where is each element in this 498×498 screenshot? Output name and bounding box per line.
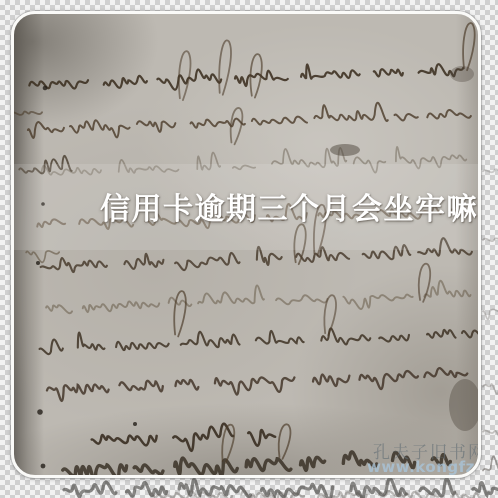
flourish-stroke (173, 291, 187, 337)
right-strip-fragment (483, 238, 498, 241)
manuscript-line (14, 110, 42, 115)
right-strip-fragment (483, 456, 498, 470)
ink-smudge (330, 144, 360, 156)
parchment-hole (36, 261, 40, 265)
flourish-stroke (218, 40, 233, 95)
manuscript-line (91, 422, 275, 454)
parchment-hole (37, 409, 43, 415)
parchment-hole (41, 464, 46, 469)
flourish-stroke (178, 51, 192, 100)
right-strip-fragment (483, 430, 498, 441)
parchment-hole (133, 422, 137, 426)
watermark-site-url: www.kongfz.com (367, 458, 481, 476)
caption-overlay-text: 信用卡逾期三个月会坐牢嘛 (100, 193, 478, 226)
flourish-stroke (462, 23, 476, 70)
right-strip-fragment (483, 309, 498, 319)
manuscript-line (39, 318, 478, 355)
manuscript-line (26, 250, 59, 263)
manuscript-line (29, 59, 464, 95)
flourish-stroke (278, 424, 291, 459)
parchment-hole (43, 86, 48, 91)
manuscript-line (27, 100, 471, 141)
right-strip-fragment (483, 384, 498, 394)
ink-smudge (450, 66, 474, 82)
manuscript-line (47, 367, 468, 401)
manuscript-line (46, 278, 471, 320)
transparency-checkerboard: 信用卡逾期三个月会坐牢嘛 孔夫子旧书网 www.kongfz.com (0, 0, 498, 498)
right-strip-fragment (483, 169, 498, 172)
manuscript-photo: 信用卡逾期三个月会坐牢嘛 孔夫子旧书网 www.kongfz.com (11, 11, 481, 478)
ink-smudge (449, 379, 478, 431)
